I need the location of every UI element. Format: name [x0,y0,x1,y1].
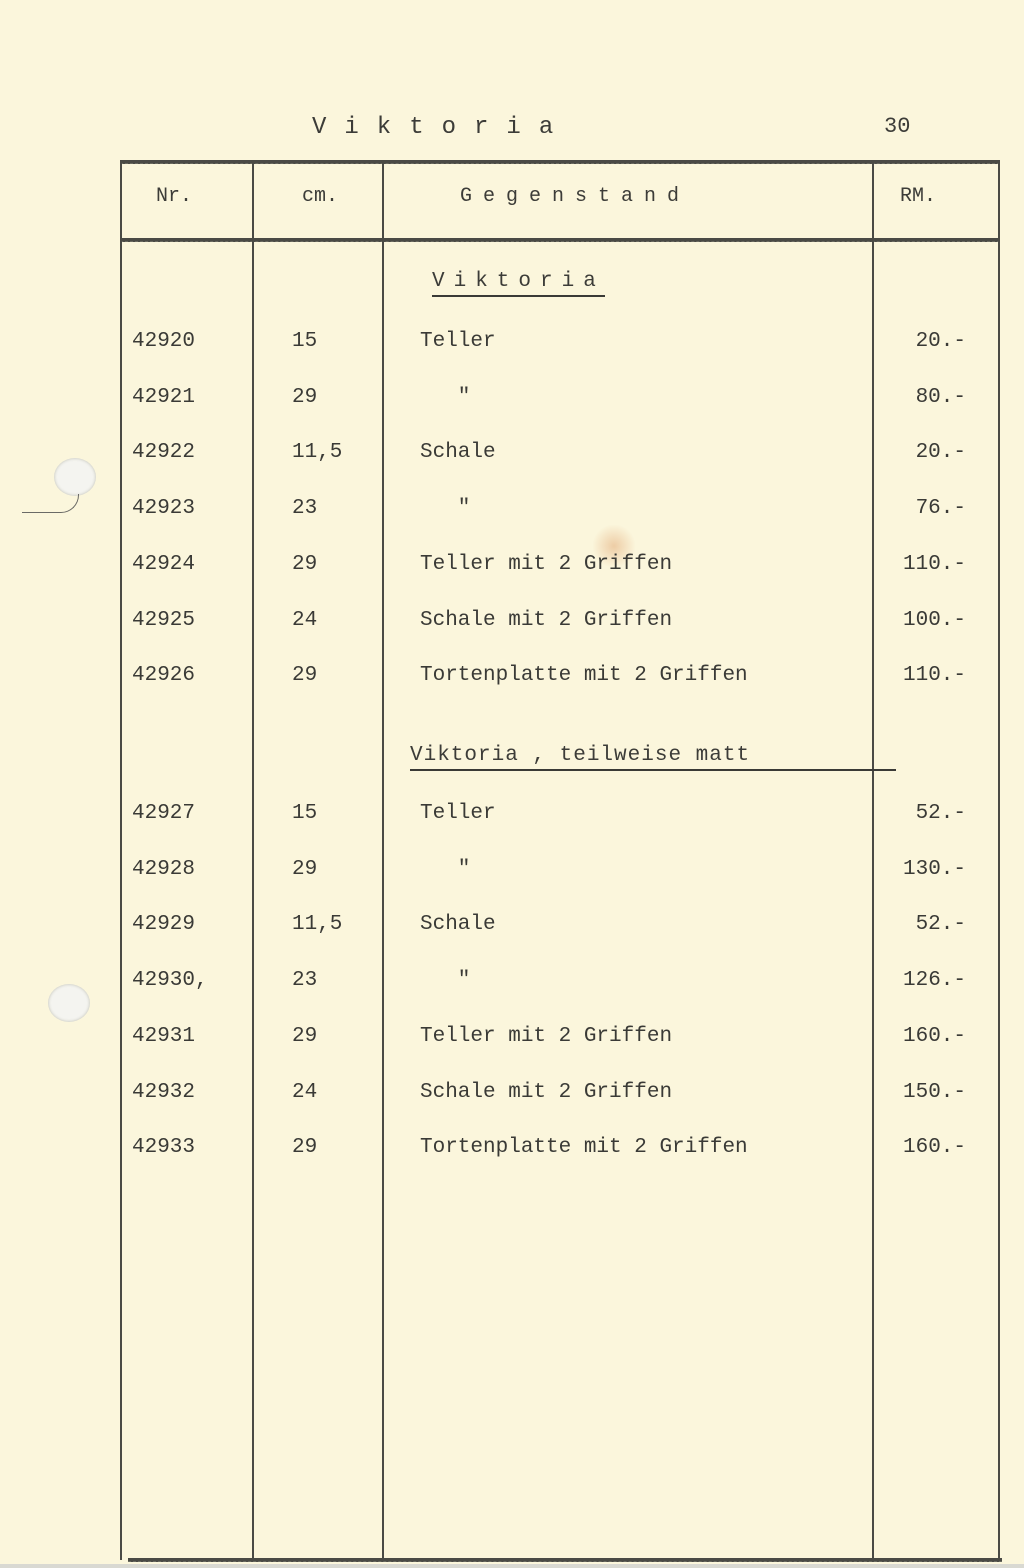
item-number: 42928 [132,858,195,881]
item-price: 100.- [903,609,966,632]
table-row: 4292129 "80.- [0,386,1024,416]
item-price: 150.- [903,1081,966,1104]
item-size: 11,5 [292,913,342,936]
item-number: 42930, [132,969,208,992]
item-size: 15 [292,802,317,825]
item-size: 23 [292,969,317,992]
item-description: Schale [420,913,496,936]
item-number: 42925 [132,609,195,632]
table-row: 42930,23 "126.- [0,969,1024,999]
item-price: 52.- [916,913,966,936]
item-description: Teller [420,802,496,825]
item-price: 126.- [903,969,966,992]
item-size: 15 [292,330,317,353]
item-description: " [420,969,470,992]
table-row: 4293329Tortenplatte mit 2 Griffen160.- [0,1136,1024,1166]
section-title: Viktoria , teilweise matt [410,744,896,771]
item-price: 52.- [916,802,966,825]
section-title: Viktoria [432,270,605,297]
item-size: 24 [292,1081,317,1104]
page-edge [0,1564,1024,1568]
column-header-gegenstand: Gegenstand [460,185,690,208]
table-row: 4292323 "76.- [0,497,1024,527]
item-size: 23 [292,497,317,520]
item-number: 42932 [132,1081,195,1104]
item-number: 42921 [132,386,195,409]
table-row: 4292911,5Schale52.- [0,913,1024,943]
item-description: Tortenplatte mit 2 Griffen [420,1136,748,1159]
item-size: 29 [292,664,317,687]
item-size: 24 [292,609,317,632]
item-price: 20.- [916,441,966,464]
table-row: 4292211,5Schale20.- [0,441,1024,471]
item-number: 42931 [132,1025,195,1048]
column-header-rm: RM. [900,185,936,208]
item-price: 20.- [916,330,966,353]
item-description: Tortenplatte mit 2 Griffen [420,664,748,687]
table-row: 4292429Teller mit 2 Griffen110.- [0,553,1024,583]
item-number: 42926 [132,664,195,687]
item-description: " [420,858,470,881]
item-number: 42929 [132,913,195,936]
item-price: 80.- [916,386,966,409]
item-size: 29 [292,1136,317,1159]
item-size: 11,5 [292,441,342,464]
table-row: 4292015Teller20.- [0,330,1024,360]
item-price: 160.- [903,1136,966,1159]
item-price: 130.- [903,858,966,881]
table-row: 4292829 "130.- [0,858,1024,888]
table-row: 4292524Schale mit 2 Griffen100.- [0,609,1024,639]
item-number: 42924 [132,553,195,576]
table-row: 4293129Teller mit 2 Griffen160.- [0,1025,1024,1055]
item-description: " [420,497,470,520]
item-size: 29 [292,553,317,576]
item-number: 42920 [132,330,195,353]
item-number: 42927 [132,802,195,825]
column-header-nr: Nr. [156,185,192,208]
table-bottom-border [128,1558,1002,1562]
item-size: 29 [292,858,317,881]
table-row: 4292715Teller52.- [0,802,1024,832]
item-description: Teller mit 2 Griffen [420,1025,672,1048]
table-row: 4293224Schale mit 2 Griffen150.- [0,1081,1024,1111]
item-size: 29 [292,1025,317,1048]
item-number: 42933 [132,1136,195,1159]
item-description: Schale mit 2 Griffen [420,1081,672,1104]
item-description: " [420,386,470,409]
item-price: 160.- [903,1025,966,1048]
item-description: Teller [420,330,496,353]
item-price: 76.- [916,497,966,520]
item-size: 29 [292,386,317,409]
page-number: 30 [884,114,910,139]
item-price: 110.- [903,553,966,576]
item-description: Schale mit 2 Griffen [420,609,672,632]
item-number: 42923 [132,497,195,520]
item-description: Teller mit 2 Griffen [420,553,672,576]
item-price: 110.- [903,664,966,687]
page-title: Viktoria [312,114,571,141]
item-number: 42922 [132,441,195,464]
table-row: 4292629Tortenplatte mit 2 Griffen110.- [0,664,1024,694]
item-description: Schale [420,441,496,464]
column-header-cm: cm. [302,185,338,208]
